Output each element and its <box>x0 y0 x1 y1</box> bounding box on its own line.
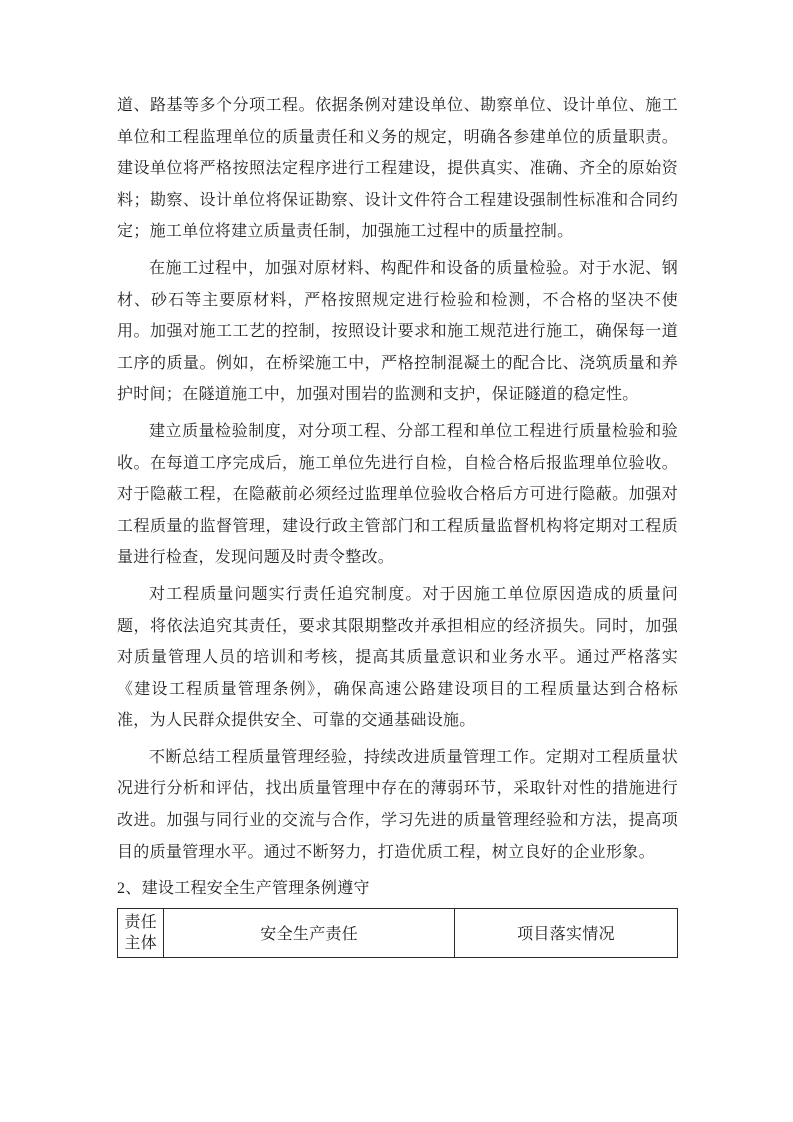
paragraph-inspection-system: 建立质量检验制度，对分项工程、分部工程和单位工程进行质量检验和验收。在每道工序完… <box>117 416 678 574</box>
document-body: 道、路基等多个分项工程。依据条例对建设单位、勘察单位、设计单位、施工单位和工程监… <box>117 90 678 958</box>
document-page: 道、路基等多个分项工程。依据条例对建设单位、勘察单位、设计单位、施工单位和工程监… <box>0 0 793 1122</box>
table-header-status: 项目落实情况 <box>455 908 678 957</box>
section-heading: 2、建设工程安全生产管理条例遵守 <box>117 873 678 905</box>
paragraph-construction-inspection: 在施工过程中，加强对原材料、构配件和设备的质量检验。对于水泥、钢材、砂石等主要原… <box>117 253 678 411</box>
table-header-subject: 责任主体 <box>118 908 164 957</box>
paragraph-accountability: 对工程质量问题实行责任追究制度。对于因施工单位原因造成的质量问题，将依法追究其责… <box>117 579 678 737</box>
paragraph-quality-duties: 道、路基等多个分项工程。依据条例对建设单位、勘察单位、设计单位、施工单位和工程监… <box>117 90 678 248</box>
paragraph-continuous-improvement: 不断总结工程质量管理经验，持续改进质量管理工作。定期对工程质量状况进行分析和评估… <box>117 742 678 868</box>
table-header-duty: 安全生产责任 <box>164 908 455 957</box>
safety-responsibility-table: 责任主体 安全生产责任 项目落实情况 <box>117 908 678 958</box>
table-header-row: 责任主体 安全生产责任 项目落实情况 <box>118 908 678 957</box>
